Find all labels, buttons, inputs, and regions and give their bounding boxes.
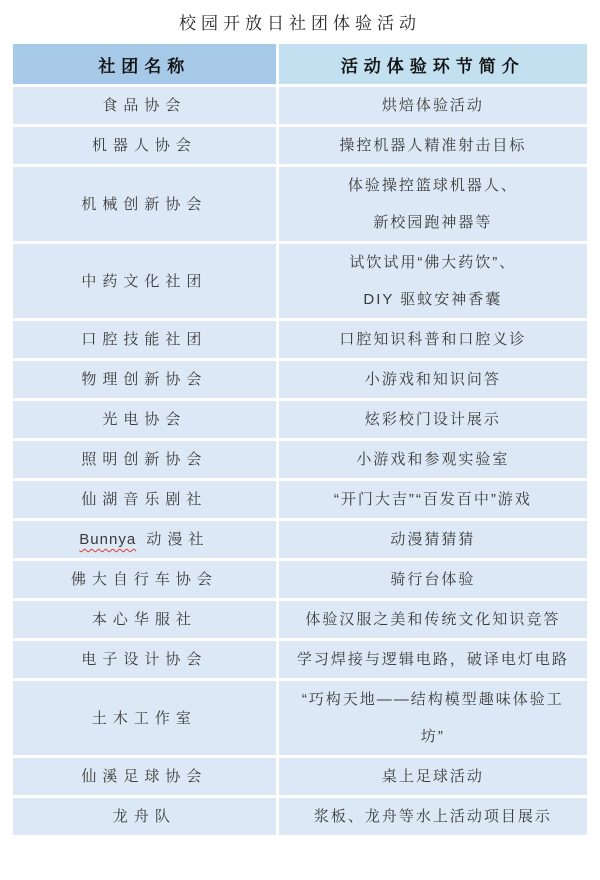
club-name-cell: 机器人协会: [12, 126, 278, 166]
table-row: 机器人协会操控机器人精准射击目标: [12, 126, 589, 166]
club-name-cell: 仙湖音乐剧社: [12, 480, 278, 520]
activity-cell: 体验汉服之美和传统文化知识竞答: [277, 600, 588, 640]
activity-cell: 浆板、龙舟等水上活动项目展示: [277, 797, 588, 837]
club-name-cell: 佛大自行车协会: [12, 560, 278, 600]
club-name-cell: 物理创新协会: [12, 360, 278, 400]
table-row: 电子设计协会学习焊接与逻辑电路，破译电灯电路: [12, 640, 589, 680]
club-name-cell: 光电协会: [12, 400, 278, 440]
activity-cell: “巧构天地——结构模型趣味体验工 坊”: [277, 680, 588, 757]
table-row: 光电协会炫彩校门设计展示: [12, 400, 589, 440]
table-row: 土木工作室“巧构天地——结构模型趣味体验工 坊”: [12, 680, 589, 757]
club-name-cell: 口腔技能社团: [12, 320, 278, 360]
table-header: 社团名称 活动体验环节简介: [12, 43, 589, 86]
activity-cell: “开门大吉”“百发百中”游戏: [277, 480, 588, 520]
club-name-cell: 食品协会: [12, 86, 278, 126]
club-name-cell: 土木工作室: [12, 680, 278, 757]
activity-cell: 炫彩校门设计展示: [277, 400, 588, 440]
table-row: 仙湖音乐剧社“开门大吉”“百发百中”游戏: [12, 480, 589, 520]
activity-cell: 小游戏和参观实验室: [277, 440, 588, 480]
header-row: 社团名称 活动体验环节简介: [12, 43, 589, 86]
club-table-body: 食品协会烘焙体验活动机器人协会操控机器人精准射击目标机械创新协会体验操控篮球机器…: [12, 86, 589, 837]
club-name-cell: 照明创新协会: [12, 440, 278, 480]
activity-cell: 体验操控篮球机器人、 新校园跑神器等: [277, 166, 588, 243]
club-name-cell: 仙溪足球协会: [12, 757, 278, 797]
club-name-cell: 机械创新协会: [12, 166, 278, 243]
table-row: 仙溪足球协会桌上足球活动: [12, 757, 589, 797]
activity-cell: 骑行台体验: [277, 560, 588, 600]
club-name-cell: 中药文化社团: [12, 243, 278, 320]
club-activity-table: 社团名称 活动体验环节简介 食品协会烘焙体验活动机器人协会操控机器人精准射击目标…: [10, 41, 590, 838]
club-name-cell: Bunnya 动漫社: [12, 520, 278, 560]
activity-cell: 桌上足球活动: [277, 757, 588, 797]
page-title: 校园开放日社团体验活动: [0, 0, 600, 41]
club-name-cell: 电子设计协会: [12, 640, 278, 680]
activity-cell: 烘焙体验活动: [277, 86, 588, 126]
club-name-cell: 龙舟队: [12, 797, 278, 837]
activity-cell: 操控机器人精准射击目标: [277, 126, 588, 166]
table-row: 中药文化社团试饮试用“佛大药饮”、 DIY 驱蚊安神香囊: [12, 243, 589, 320]
activity-cell: 试饮试用“佛大药饮”、 DIY 驱蚊安神香囊: [277, 243, 588, 320]
activity-cell: 小游戏和知识问答: [277, 360, 588, 400]
table-row: 机械创新协会体验操控篮球机器人、 新校园跑神器等: [12, 166, 589, 243]
misspelled-word: Bunnya: [79, 531, 136, 548]
table-row: 照明创新协会小游戏和参观实验室: [12, 440, 589, 480]
table-row: 口腔技能社团口腔知识科普和口腔义诊: [12, 320, 589, 360]
header-cell-club-name: 社团名称: [12, 43, 278, 86]
table-row: 物理创新协会小游戏和知识问答: [12, 360, 589, 400]
activity-cell: 学习焊接与逻辑电路，破译电灯电路: [277, 640, 588, 680]
table-row: Bunnya 动漫社动漫猜猜猜: [12, 520, 589, 560]
table-row: 食品协会烘焙体验活动: [12, 86, 589, 126]
table-row: 本心华服社体验汉服之美和传统文化知识竞答: [12, 600, 589, 640]
document-page: 校园开放日社团体验活动 社团名称 活动体验环节简介 食品协会烘焙体验活动机器人协…: [0, 0, 600, 880]
table-row: 佛大自行车协会骑行台体验: [12, 560, 589, 600]
activity-cell: 动漫猜猜猜: [277, 520, 588, 560]
table-row: 龙舟队浆板、龙舟等水上活动项目展示: [12, 797, 589, 837]
header-cell-activity-intro: 活动体验环节简介: [277, 43, 588, 86]
activity-cell: 口腔知识科普和口腔义诊: [277, 320, 588, 360]
club-name-cell: 本心华服社: [12, 600, 278, 640]
